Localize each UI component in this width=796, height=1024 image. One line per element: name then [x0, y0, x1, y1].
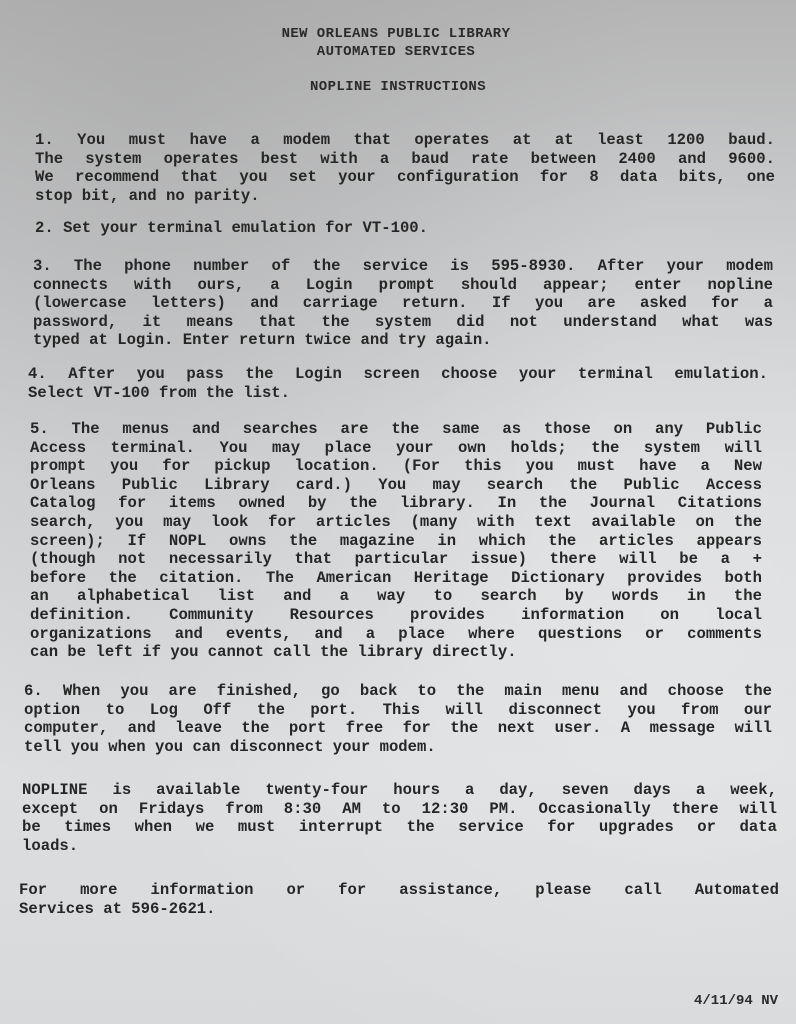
- text-line: definition. Community Resources provides…: [30, 606, 762, 625]
- text-line: Select VT-100 from the list.: [28, 384, 768, 403]
- text-line: Services at 596-2621.: [19, 900, 779, 919]
- text-line: before the citation. The American Herita…: [30, 569, 762, 588]
- text-line: 4. After you pass the Login screen choos…: [28, 365, 768, 384]
- header-department: AUTOMATED SERVICES: [0, 44, 794, 60]
- text-line: typed at Login. Enter return twice and t…: [33, 331, 773, 350]
- text-line: 6. When you are finished, go back to the…: [24, 682, 772, 701]
- text-line: connects with ours, a Login prompt shoul…: [33, 276, 773, 295]
- text-line: Orleans Public Library card.) You may se…: [30, 476, 762, 495]
- instruction-5-menus-searches: 5. The menus and searches are the same a…: [30, 420, 762, 662]
- text-line: be times when we must interrupt the serv…: [22, 818, 777, 837]
- text-line: computer, and leave the port free for th…: [24, 719, 772, 738]
- instruction-1-modem: 1. You must have a modem that operates a…: [35, 131, 775, 205]
- text-line: NOPLINE is available twenty-four hours a…: [22, 781, 777, 800]
- text-line: 3. The phone number of the service is 59…: [33, 257, 773, 276]
- availability-note: NOPLINE is available twenty-four hours a…: [22, 781, 777, 855]
- text-line: can be left if you cannot call the libra…: [30, 643, 762, 662]
- text-line: password, it means that the system did n…: [33, 313, 773, 332]
- text-line: prompt you for pickup location. (For thi…: [30, 457, 762, 476]
- text-line: 5. The menus and searches are the same a…: [30, 420, 762, 439]
- text-line: screen); If NOPL owns the magazine in wh…: [30, 532, 762, 551]
- instruction-2-terminal-emulation: 2. Set your terminal emulation for VT-10…: [35, 219, 775, 238]
- text-line: (though not necessarily that particular …: [30, 550, 762, 569]
- text-line: Catalog for items owned by the library. …: [30, 494, 762, 513]
- text-line: an alphabetical list and a way to search…: [30, 587, 762, 606]
- text-line: For more information or for assistance, …: [19, 881, 779, 900]
- text-line: 2. Set your terminal emulation for VT-10…: [35, 219, 775, 238]
- instruction-4-select-emulation: 4. After you pass the Login screen choos…: [28, 365, 768, 402]
- text-line: loads.: [22, 837, 777, 856]
- date-initials: 4/11/94 NV: [694, 993, 778, 1009]
- document-page: NEW ORLEANS PUBLIC LIBRARY AUTOMATED SER…: [0, 0, 796, 1024]
- header-organization: NEW ORLEANS PUBLIC LIBRARY: [0, 26, 794, 42]
- text-line: The system operates best with a baud rat…: [35, 150, 775, 169]
- text-line: search, you may look for articles (many …: [30, 513, 762, 532]
- text-line: tell you when you can disconnect your mo…: [24, 738, 772, 757]
- instruction-6-log-off: 6. When you are finished, go back to the…: [24, 682, 772, 756]
- text-line: option to Log Off the port. This will di…: [24, 701, 772, 720]
- instruction-3-phone-login: 3. The phone number of the service is 59…: [33, 257, 773, 350]
- document-title: NOPLINE INSTRUCTIONS: [0, 79, 796, 95]
- text-line: Access terminal. You may place your own …: [30, 439, 762, 458]
- text-line: stop bit, and no parity.: [35, 187, 775, 206]
- text-line: except on Fridays from 8:30 AM to 12:30 …: [22, 800, 777, 819]
- contact-note: For more information or for assistance, …: [19, 881, 779, 918]
- text-line: We recommend that you set your configura…: [35, 168, 775, 187]
- text-line: 1. You must have a modem that operates a…: [35, 131, 775, 150]
- text-line: (lowercase letters) and carriage return.…: [33, 294, 773, 313]
- text-line: organizations and events, and a place wh…: [30, 625, 762, 644]
